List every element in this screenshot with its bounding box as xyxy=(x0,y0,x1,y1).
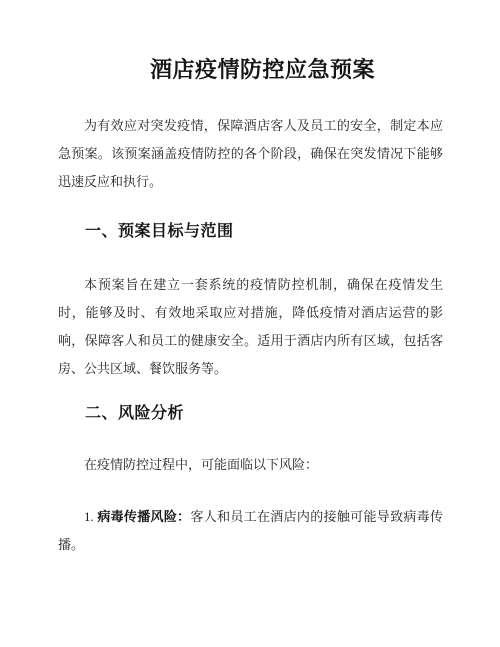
section-2-heading: 二、风险分析 xyxy=(58,404,443,424)
intro-paragraph: 为有效应对突发疫情，保障酒店客人及员工的安全，制定本应急预案。该预案涵盖疫情防控… xyxy=(58,112,443,196)
document-title: 酒店疫情防控应急预案 xyxy=(70,57,455,83)
document-content: 酒店疫情防控应急预案 为有效应对突发疫情，保障酒店客人及员工的安全，制定本应急预… xyxy=(58,57,443,559)
risk-item-1: 1. 病毒传播风险：客人和员工在酒店内的接触可能导致病毒传播。 xyxy=(58,503,443,559)
risk-item-number: 1. xyxy=(84,509,97,524)
section-2-risk-intro: 在疫情防控过程中，可能面临以下风险： xyxy=(58,451,443,479)
section-1-paragraph: 本预案旨在建立一套系统的疫情防控机制，确保在疫情发生时，能够及时、有效地采取应对… xyxy=(58,271,443,383)
section-1-heading: 一、预案目标与范围 xyxy=(58,222,443,242)
risk-item-term: 病毒传播风险： xyxy=(97,509,190,524)
document-page: 酒店疫情防控应急预案 为有效应对突发疫情，保障酒店客人及员工的安全，制定本应急预… xyxy=(0,0,500,647)
